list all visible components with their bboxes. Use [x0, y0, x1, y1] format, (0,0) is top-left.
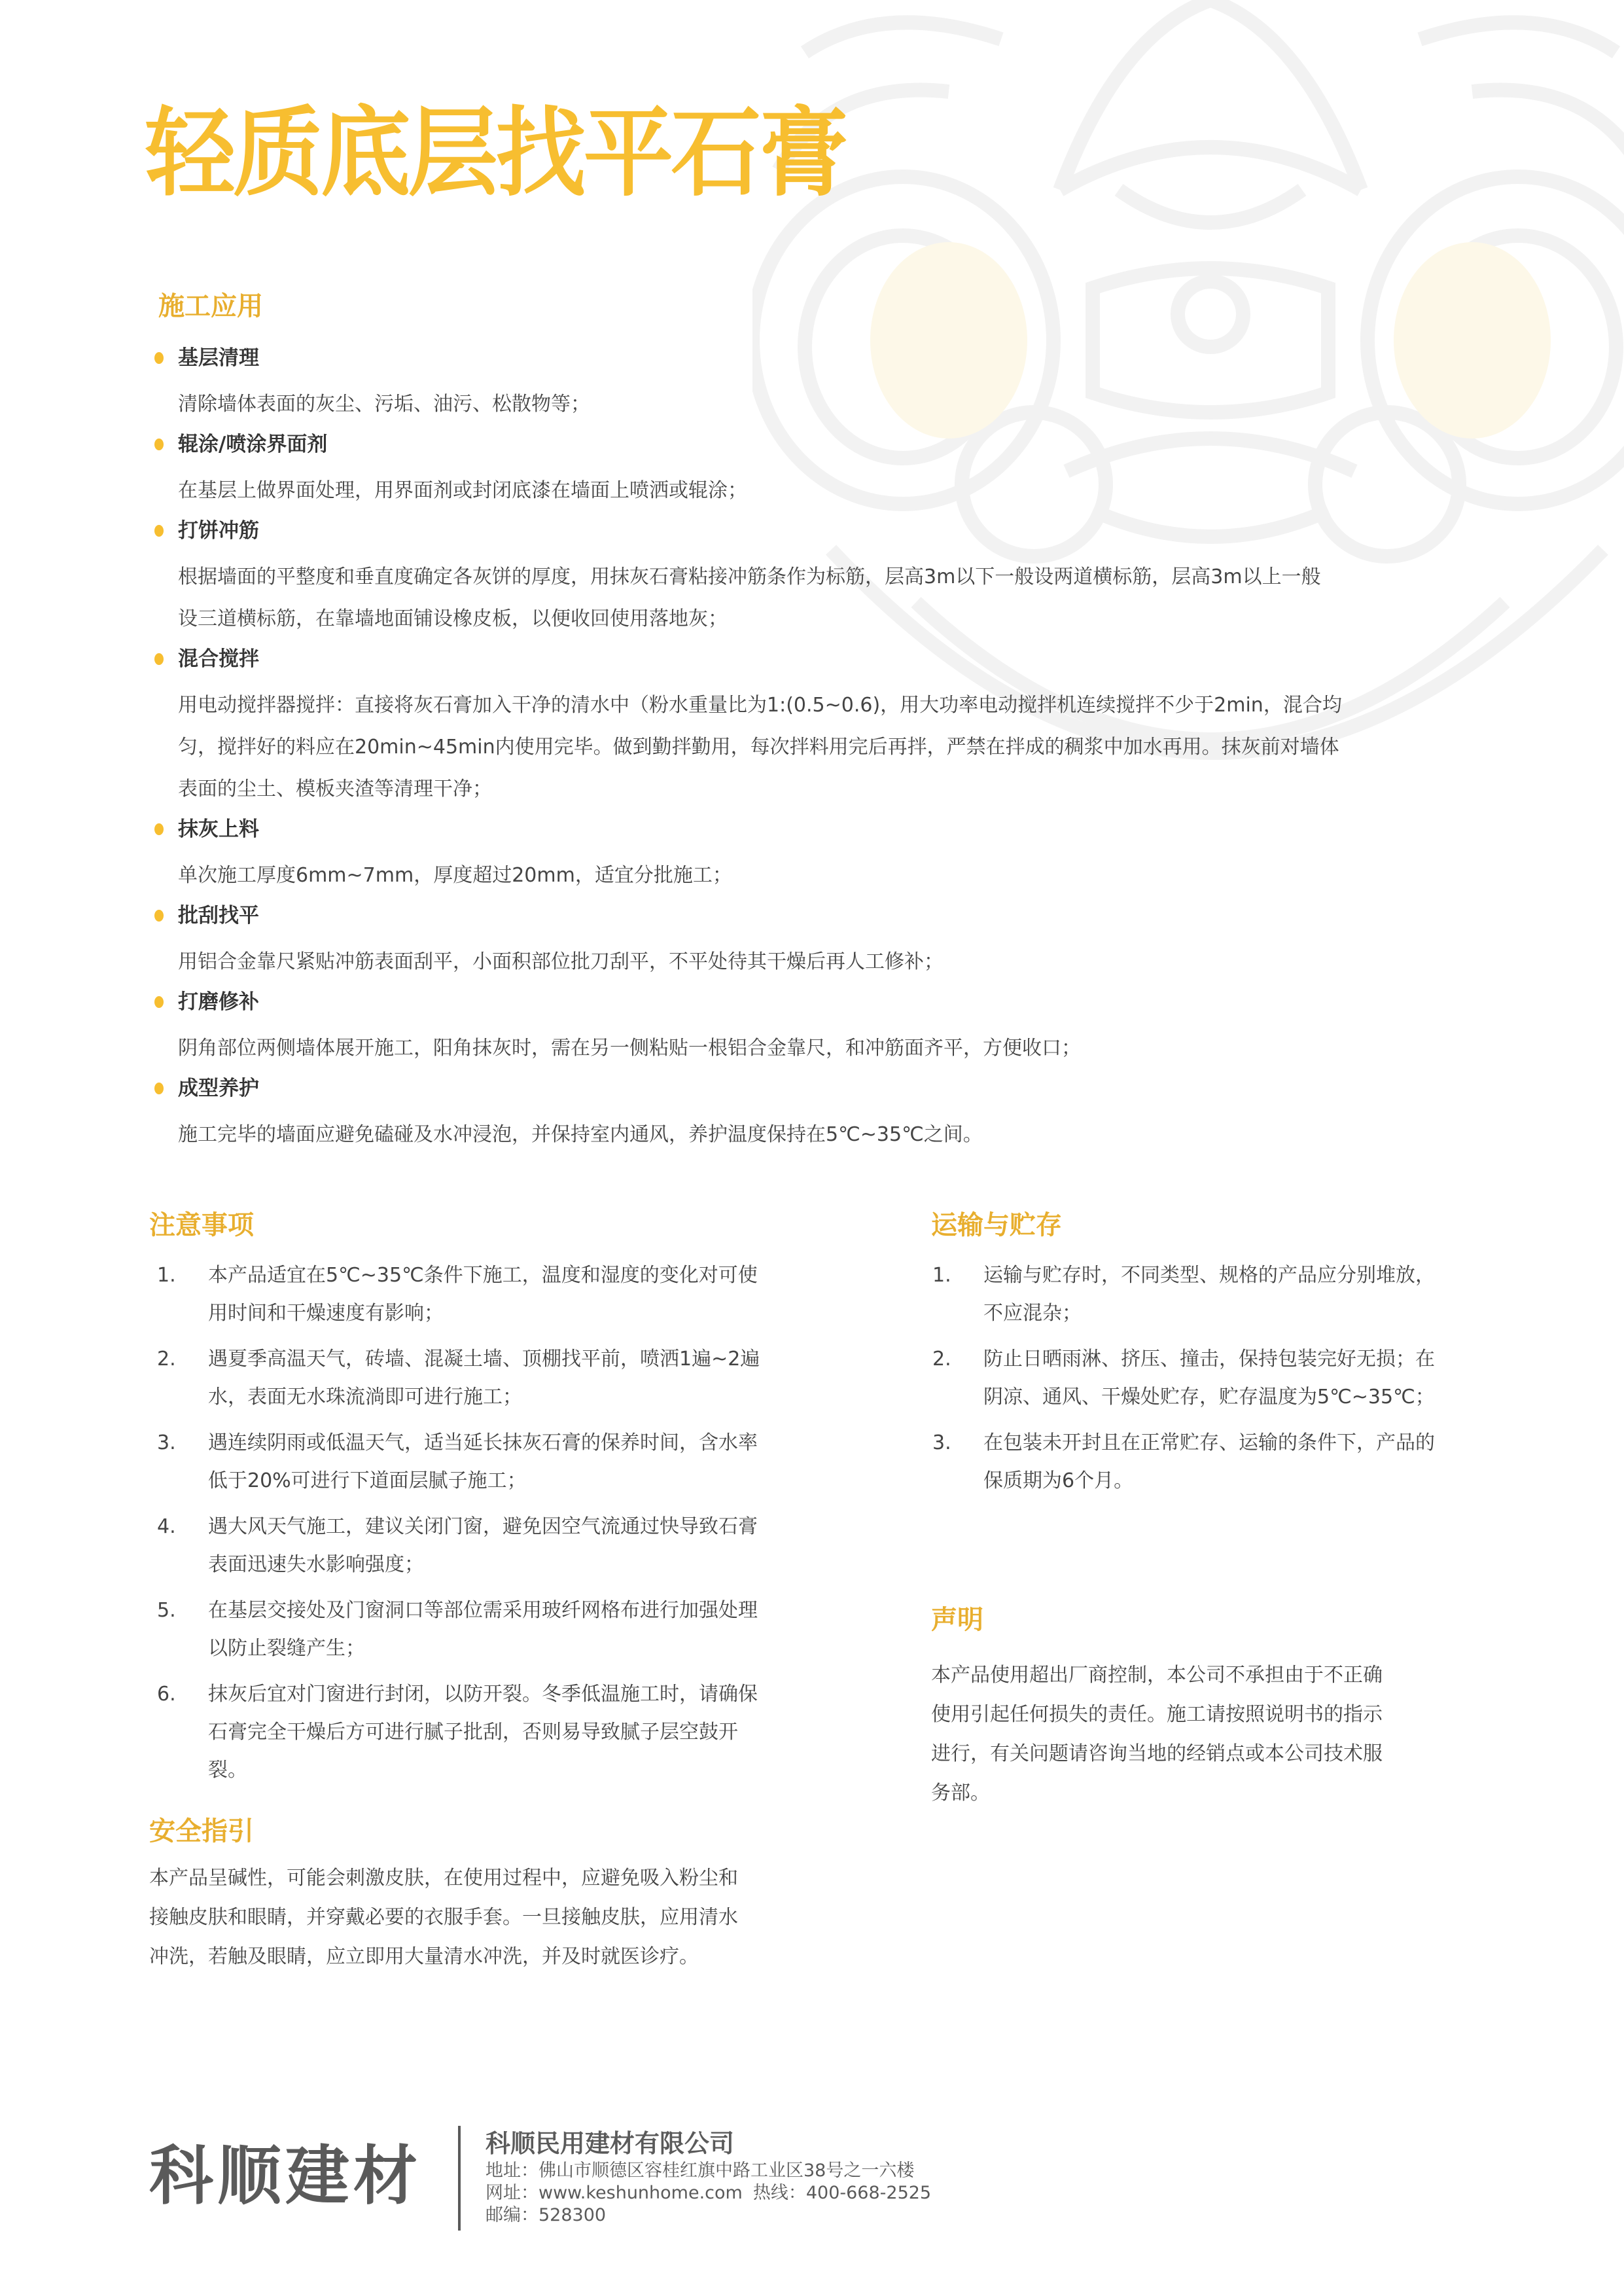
- item-line: 运输与贮存时，不同类型、规格的产品应分别堆放，: [983, 1257, 1508, 1295]
- bullet-dot-icon: [154, 653, 164, 665]
- hotline-value: 400-668-2525: [806, 2183, 931, 2203]
- item-line: 水，表面无水珠流淌即可进行施工；: [208, 1378, 838, 1416]
- postcode-label: 邮编：: [485, 2205, 538, 2225]
- step-body: 施工完毕的墙面应避免磕碰及水冲浸泡，并保持室内通风，养护温度保持在5℃~35℃之…: [178, 1114, 1489, 1156]
- step-title: 批刮找平: [178, 898, 1489, 941]
- step-title: 基层清理: [178, 340, 1489, 384]
- bullet-dot-icon: [154, 525, 164, 537]
- document-title: 轻质底层找平石膏: [145, 105, 846, 202]
- item-number: 5.: [157, 1592, 196, 1630]
- step-body: 清除墙体表面的灰尘、污垢、油污、松散物等；: [178, 384, 1489, 425]
- website-line: 网址：www.keshunhome.com热线：400-668-2525: [485, 2182, 931, 2204]
- website-link[interactable]: www.keshunhome.com: [538, 2183, 743, 2203]
- brand-logo: 科顺建材: [149, 2144, 421, 2208]
- step-item: 成型养护 施工完毕的墙面应避免磕碰及水冲浸泡，并保持室内通风，养护温度保持在5℃…: [154, 1071, 1489, 1156]
- address-value: 佛山市顺德区容桂红旗中路工业区38号之一六楼: [538, 2161, 914, 2181]
- postcode-value: 528300: [538, 2205, 606, 2225]
- step-body: 根据墙面的平整度和垂直度确定各灰饼的厚度，用抹灰石膏粘接冲筋条作为标筋，层高3m…: [178, 556, 1489, 598]
- bullet-dot-icon: [154, 910, 164, 922]
- company-name: 科顺民用建材有限公司: [485, 2127, 931, 2160]
- application-heading: 施工应用: [158, 293, 263, 319]
- step-item: 打磨修补 阴角部位两侧墙体展开施工，阳角抹灰时，需在另一侧粘贴一根铝合金靠尺，和…: [154, 984, 1489, 1069]
- bullet-dot-icon: [154, 439, 164, 450]
- notes-item: 4. 遇大风天气施工，建议关闭门窗，避免因空气流通过快导致石膏 表面迅速失水影响…: [157, 1508, 838, 1584]
- item-line: 在包装未开封且在正常贮存、运输的条件下，产品的: [983, 1424, 1508, 1462]
- hotline-label: 热线：: [753, 2183, 806, 2203]
- step-body: 用电动搅拌器搅拌：直接将灰石膏加入干净的清水中（粉水重量比为1:(0.5~0.6…: [178, 685, 1489, 726]
- storage-heading: 运输与贮存: [931, 1212, 1062, 1238]
- notes-item: 5. 在基层交接处及门窗洞口等部位需采用玻纤网格布进行加强处理 以防止裂缝产生；: [157, 1592, 838, 1668]
- notes-item: 2. 遇夏季高温天气，砖墙、混凝土墙、顶棚找平前，喷洒1遍~2遍 水，表面无水珠…: [157, 1340, 838, 1416]
- disclaimer-text: 本产品使用超出厂商控制，本公司不承担由于不正确 使用引起任何损失的责任。施工请按…: [931, 1656, 1507, 1813]
- step-title: 抹灰上料: [178, 812, 1489, 855]
- item-number: 4.: [157, 1508, 196, 1546]
- step-body: 设三道横标筋，在靠墙地面铺设橡皮板，以便收回使用落地灰；: [178, 598, 1489, 640]
- item-line: 保质期为6个月。: [983, 1462, 1508, 1500]
- step-body: 阴角部位两侧墙体展开施工，阳角抹灰时，需在另一侧粘贴一根铝合金靠尺，和冲筋面齐平…: [178, 1028, 1489, 1069]
- step-body: 表面的尘土、模板夹渣等清理干净；: [178, 768, 1489, 810]
- safety-line: 本产品呈碱性，可能会刺激皮肤，在使用过程中，应避免吸入粉尘和: [149, 1859, 856, 1898]
- step-body: 匀，搅拌好的料应在20min~45min内使用完毕。做到勤拌勤用，每次拌料用完后…: [178, 726, 1489, 768]
- storage-list: 1. 运输与贮存时，不同类型、规格的产品应分别堆放， 不应混杂； 2. 防止日晒…: [932, 1257, 1508, 1508]
- step-title: 打饼冲筋: [178, 513, 1489, 556]
- safety-heading: 安全指引: [149, 1818, 254, 1844]
- item-line: 用时间和干燥速度有影响；: [208, 1295, 838, 1333]
- disclaimer-heading: 声明: [931, 1607, 983, 1633]
- notes-item: 6. 抹灰后宜对门窗进行封闭，以防开裂。冬季低温施工时，请确保 石膏完全干燥后方…: [157, 1676, 838, 1789]
- storage-item: 1. 运输与贮存时，不同类型、规格的产品应分别堆放， 不应混杂；: [932, 1257, 1508, 1333]
- step-title: 辊涂/喷涂界面剂: [178, 427, 1489, 470]
- item-line: 表面迅速失水影响强度；: [208, 1546, 838, 1584]
- item-line: 遇夏季高温天气，砖墙、混凝土墙、顶棚找平前，喷洒1遍~2遍: [208, 1340, 838, 1378]
- item-line: 防止日晒雨淋、挤压、撞击，保持包装完好无损；在: [983, 1340, 1508, 1378]
- item-line: 抹灰后宜对门窗进行封闭，以防开裂。冬季低温施工时，请确保: [208, 1676, 838, 1713]
- item-number: 2.: [157, 1340, 196, 1378]
- step-item: 基层清理 清除墙体表面的灰尘、污垢、油污、松散物等；: [154, 340, 1489, 425]
- bullet-dot-icon: [154, 823, 164, 835]
- step-item: 打饼冲筋 根据墙面的平整度和垂直度确定各灰饼的厚度，用抹灰石膏粘接冲筋条作为标筋…: [154, 513, 1489, 640]
- item-line: 以防止裂缝产生；: [208, 1630, 838, 1668]
- company-info: 科顺民用建材有限公司 地址：佛山市顺德区容桂红旗中路工业区38号之一六楼 网址：…: [485, 2127, 931, 2227]
- item-line: 低于20%可进行下道面层腻子施工；: [208, 1462, 838, 1500]
- step-item: 辊涂/喷涂界面剂 在基层上做界面处理，用界面剂或封闭底漆在墙面上喷洒或辊涂；: [154, 427, 1489, 512]
- disclaimer-line: 务部。: [931, 1774, 1507, 1813]
- storage-item: 2. 防止日晒雨淋、挤压、撞击，保持包装完好无损；在 阴凉、通风、干燥处贮存，贮…: [932, 1340, 1508, 1416]
- disclaimer-line: 本产品使用超出厂商控制，本公司不承担由于不正确: [931, 1656, 1507, 1695]
- item-number: 3.: [932, 1424, 972, 1462]
- item-number: 6.: [157, 1676, 196, 1713]
- step-item: 混合搅拌 用电动搅拌器搅拌：直接将灰石膏加入干净的清水中（粉水重量比为1:(0.…: [154, 641, 1489, 810]
- disclaimer-line: 使用引起任何损失的责任。施工请按照说明书的指示: [931, 1695, 1507, 1734]
- website-label: 网址：: [485, 2183, 538, 2203]
- safety-line: 接触皮肤和眼睛，并穿戴必要的衣服手套。一旦接触皮肤，应用清水: [149, 1898, 856, 1937]
- disclaimer-line: 进行，有关问题请咨询当地的经销点或本公司技术服: [931, 1734, 1507, 1774]
- step-body: 用铝合金靠尺紧贴冲筋表面刮平，小面积部位批刀刮平，不平处待其干燥后再人工修补；: [178, 941, 1489, 983]
- bullet-dot-icon: [154, 1083, 164, 1094]
- notes-item: 3. 遇连续阴雨或低温天气，适当延长抹灰石膏的保养时间，含水率 低于20%可进行…: [157, 1424, 838, 1500]
- step-item: 抹灰上料 单次施工厚度6mm~7mm，厚度超过20mm，适宜分批施工；: [154, 812, 1489, 897]
- safety-text: 本产品呈碱性，可能会刺激皮肤，在使用过程中，应避免吸入粉尘和 接触皮肤和眼睛，并…: [149, 1859, 856, 1977]
- address-label: 地址：: [485, 2161, 538, 2181]
- storage-item: 3. 在包装未开封且在正常贮存、运输的条件下，产品的 保质期为6个月。: [932, 1424, 1508, 1500]
- notes-heading: 注意事项: [149, 1212, 254, 1238]
- step-title: 打磨修补: [178, 984, 1489, 1028]
- step-item: 批刮找平 用铝合金靠尺紧贴冲筋表面刮平，小面积部位批刀刮平，不平处待其干燥后再人…: [154, 898, 1489, 983]
- address-line: 地址：佛山市顺德区容桂红旗中路工业区38号之一六楼: [485, 2160, 931, 2182]
- item-line: 遇连续阴雨或低温天气，适当延长抹灰石膏的保养时间，含水率: [208, 1424, 838, 1462]
- step-body: 单次施工厚度6mm~7mm，厚度超过20mm，适宜分批施工；: [178, 855, 1489, 897]
- item-line: 本产品适宜在5℃~35℃条件下施工，温度和湿度的变化对可使: [208, 1257, 838, 1295]
- notes-list: 1. 本产品适宜在5℃~35℃条件下施工，温度和湿度的变化对可使 用时间和干燥速…: [157, 1257, 838, 1797]
- item-number: 1.: [157, 1257, 196, 1295]
- item-line: 阴凉、通风、干燥处贮存，贮存温度为5℃~35℃；: [983, 1378, 1508, 1416]
- item-number: 2.: [932, 1340, 972, 1378]
- step-title: 成型养护: [178, 1071, 1489, 1114]
- item-line: 在基层交接处及门窗洞口等部位需采用玻纤网格布进行加强处理: [208, 1592, 838, 1630]
- item-line: 石膏完全干燥后方可进行腻子批刮，否则易导致腻子层空鼓开: [208, 1713, 838, 1751]
- step-body: 在基层上做界面处理，用界面剂或封闭底漆在墙面上喷洒或辊涂；: [178, 470, 1489, 512]
- item-number: 3.: [157, 1424, 196, 1462]
- notes-item: 1. 本产品适宜在5℃~35℃条件下施工，温度和湿度的变化对可使 用时间和干燥速…: [157, 1257, 838, 1333]
- item-number: 1.: [932, 1257, 972, 1295]
- footer-divider: [458, 2126, 461, 2231]
- item-line: 裂。: [208, 1751, 838, 1789]
- bullet-dot-icon: [154, 352, 164, 364]
- bullet-dot-icon: [154, 996, 164, 1008]
- safety-line: 冲洗，若触及眼睛，应立即用大量清水冲洗，并及时就医诊疗。: [149, 1937, 856, 1977]
- item-line: 遇大风天气施工，建议关闭门窗，避免因空气流通过快导致石膏: [208, 1508, 838, 1546]
- postcode-line: 邮编：528300: [485, 2204, 931, 2227]
- item-line: 不应混杂；: [983, 1295, 1508, 1333]
- step-title: 混合搅拌: [178, 641, 1489, 685]
- application-steps: 基层清理 清除墙体表面的灰尘、污垢、油污、松散物等； 辊涂/喷涂界面剂 在基层上…: [154, 340, 1489, 1157]
